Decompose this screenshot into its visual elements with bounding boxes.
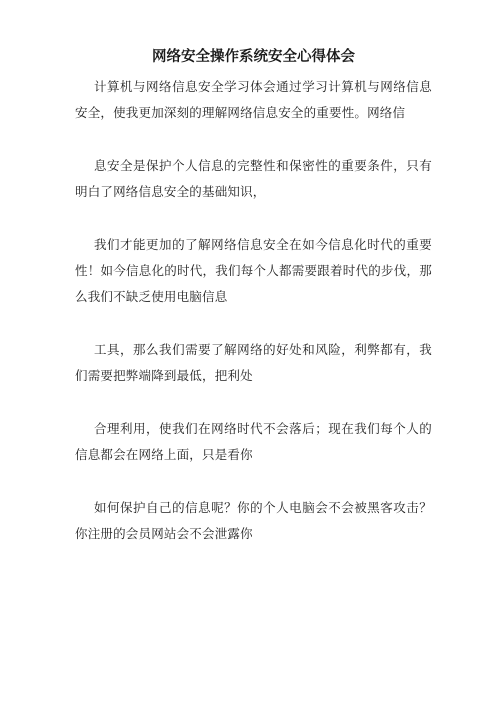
document-page: 网络安全操作系统安全心得体会 计算机与网络信息安全学习体会通过学习计算机与网络信… bbox=[0, 0, 500, 707]
paragraph-5: 合理利用，使我们在网络时代不会落后；现在我们每个人的信息都会在网络上面，只是看你 bbox=[75, 416, 432, 468]
paragraph-4: 工具，那么我们需要了解网络的好处和风险，利弊都有，我们需要把弊端降到最低，把利处 bbox=[75, 337, 432, 389]
paragraph-1: 计算机与网络信息安全学习体会通过学习计算机与网络信息安全，使我更加深刻的理解网络… bbox=[75, 74, 432, 126]
paragraph-6: 如何保护自己的信息呢？你的个人电脑会不会被黑客攻击？你注册的会员网站会不会泄露你 bbox=[75, 495, 432, 547]
document-title: 网络安全操作系统安全心得体会 bbox=[75, 46, 432, 68]
paragraph-2: 息安全是保护个人信息的完整性和保密性的重要条件，只有明白了网络信息安全的基础知识… bbox=[75, 153, 432, 205]
paragraph-3: 我们才能更加的了解网络信息安全在如今信息化时代的重要性！如今信息化的时代，我们每… bbox=[75, 232, 432, 310]
document-content: 网络安全操作系统安全心得体会 计算机与网络信息安全学习体会通过学习计算机与网络信… bbox=[0, 0, 500, 547]
